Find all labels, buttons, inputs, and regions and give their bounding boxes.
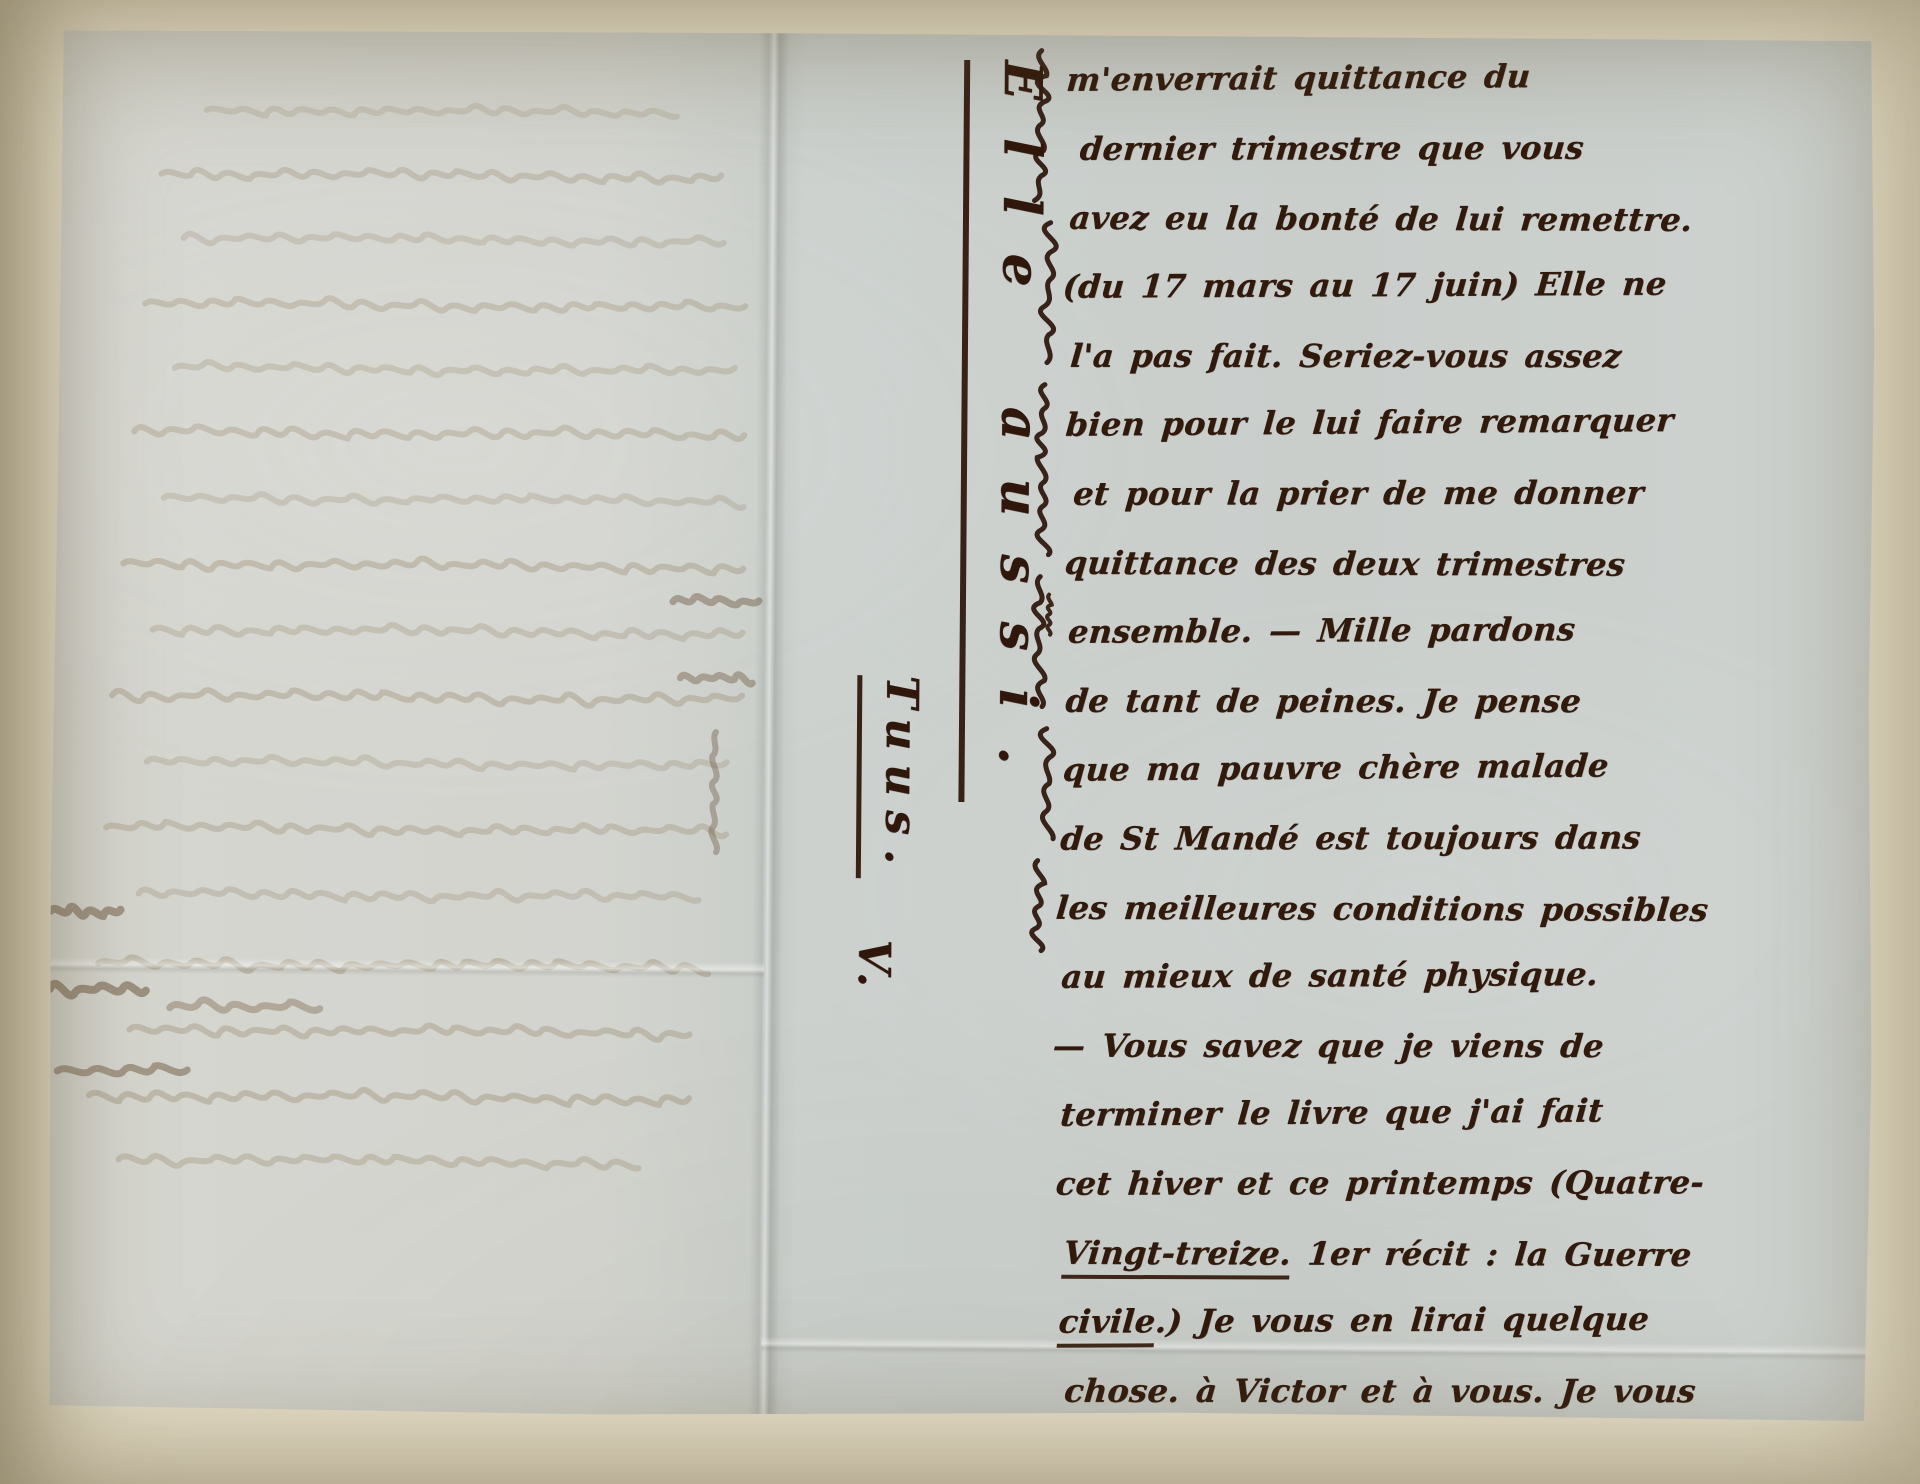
- underlined-word: Vingt-treize.: [1061, 1234, 1293, 1280]
- line-text: au mieux de santé physique.: [1060, 955, 1600, 996]
- letter-line: bien pour le lui faire remarquer: [1064, 401, 1675, 444]
- margin-continuation-scrawl: [1032, 861, 1045, 951]
- letter-line: au mieux de santé physique.: [1060, 955, 1600, 996]
- letter-line: l'a pas fait. Seriez-vous assez: [1069, 337, 1623, 375]
- bleedthrough-line: [112, 689, 742, 707]
- bleedthrough-line: [184, 233, 724, 248]
- line-text: quittance des deux trimestres: [1063, 544, 1627, 584]
- letter-line: cet hiver et ce printemps (Quatre-: [1054, 1163, 1705, 1202]
- letter-line: — Vous savez que je viens de: [1051, 1027, 1605, 1065]
- letter-line: (du 17 mars au 17 juin) Elle ne: [1061, 265, 1668, 306]
- underlined-word: civile: [1057, 1302, 1157, 1348]
- letter-line: avez eu la bonté de lui remettre.: [1068, 199, 1694, 239]
- line-text: cet hiver et ce printemps (Quatre-: [1054, 1163, 1705, 1202]
- bleedthrough-dark-mark: [170, 1000, 320, 1011]
- line-text: .) Je vous en lirai quelque: [1154, 1300, 1651, 1341]
- letter-line: de St Mandé est toujours dans: [1059, 818, 1642, 857]
- bleedthrough-line: [98, 957, 708, 974]
- letter-line: les meilleures conditions possibles: [1054, 889, 1709, 929]
- bleedthrough-line: [134, 424, 744, 441]
- bleedthrough-dark-mark: [50, 984, 146, 996]
- bleedthrough-line: [130, 1023, 690, 1040]
- line-text: ensemble. — Mille pardons: [1067, 610, 1577, 651]
- bleedthrough-line: [161, 168, 721, 183]
- line-text: chose. à Victor et à vous. Je vous: [1063, 1372, 1698, 1410]
- bleedthrough-line: [145, 297, 745, 313]
- line-text: les meilleures conditions possibles: [1054, 889, 1709, 929]
- line-text: dernier trimestre que vous: [1078, 129, 1585, 168]
- bleedthrough-line: [89, 1088, 689, 1106]
- line-text: avez eu la bonté de lui remettre.: [1068, 199, 1694, 239]
- line-text: et pour la prier de me donner: [1072, 474, 1646, 513]
- letter-line: et pour la prier de me donner: [1072, 474, 1646, 513]
- letter-line: de tant de peines. Je pense: [1064, 682, 1583, 720]
- bleedthrough-line: [153, 623, 743, 639]
- line-text: bien pour le lui faire remarquer: [1064, 401, 1675, 444]
- letter-line: que ma pauvre chère malade: [1062, 746, 1611, 788]
- line-text: l'a pas fait. Seriez-vous assez: [1069, 337, 1623, 375]
- line-text: que ma pauvre chère malade: [1062, 746, 1611, 788]
- bleedthrough-dark-mark: [673, 596, 759, 605]
- bleedthrough-dark-mark: [57, 1065, 187, 1075]
- line-text: 1er récit : la Guerre: [1290, 1235, 1694, 1274]
- photo-mat: Elle aussi. Tuus. V. m'enverrait quittan…: [0, 0, 1920, 1484]
- line-text: (du 17 mars au 17 juin) Elle ne: [1061, 265, 1668, 306]
- margin-note-rotated: Elle aussi.: [959, 60, 1049, 803]
- bleedthrough-line: [139, 887, 699, 903]
- line-text: terminer le livre que j'ai fait: [1059, 1091, 1605, 1133]
- signature-initial-rotated: V.: [850, 939, 897, 993]
- signature-tuus-rotated: Tuus.: [856, 675, 925, 878]
- line-text: m'enverrait quittance du: [1065, 57, 1532, 99]
- bleedthrough-dark-mark: [680, 674, 752, 684]
- letter-line: dernier trimestre que vous: [1078, 129, 1585, 168]
- letter-line: terminer le livre que j'ai fait: [1059, 1091, 1605, 1133]
- bleedthrough-line: [164, 493, 744, 508]
- bleedthrough-line: [119, 1155, 639, 1170]
- letter-line: civile.) Je vous en lirai quelque: [1057, 1300, 1650, 1341]
- bleedthrough-line: [175, 362, 735, 378]
- letter-line: ensemble. — Mille pardons: [1067, 610, 1577, 651]
- bleedthrough-line: [106, 821, 726, 837]
- letter-sheet: Elle aussi. Tuus. V. m'enverrait quittan…: [47, 27, 1880, 1425]
- letter-line: quittance des deux trimestres: [1063, 544, 1627, 584]
- letter-line: chose. à Victor et à vous. Je vous: [1063, 1372, 1698, 1410]
- bleedthrough-line: [207, 104, 677, 119]
- bleedthrough-line: [123, 556, 743, 574]
- letter-line: Vingt-treize. 1er récit : la Guerre: [1062, 1234, 1693, 1274]
- line-text: — Vous savez que je viens de: [1051, 1027, 1605, 1065]
- bleedthrough-dark-mark: [50, 907, 120, 917]
- bleedthrough-line: [147, 756, 727, 771]
- letter-line: m'enverrait quittance du: [1065, 57, 1532, 99]
- line-text: de St Mandé est toujours dans: [1059, 818, 1642, 857]
- line-text: de tant de peines. Je pense: [1064, 682, 1583, 720]
